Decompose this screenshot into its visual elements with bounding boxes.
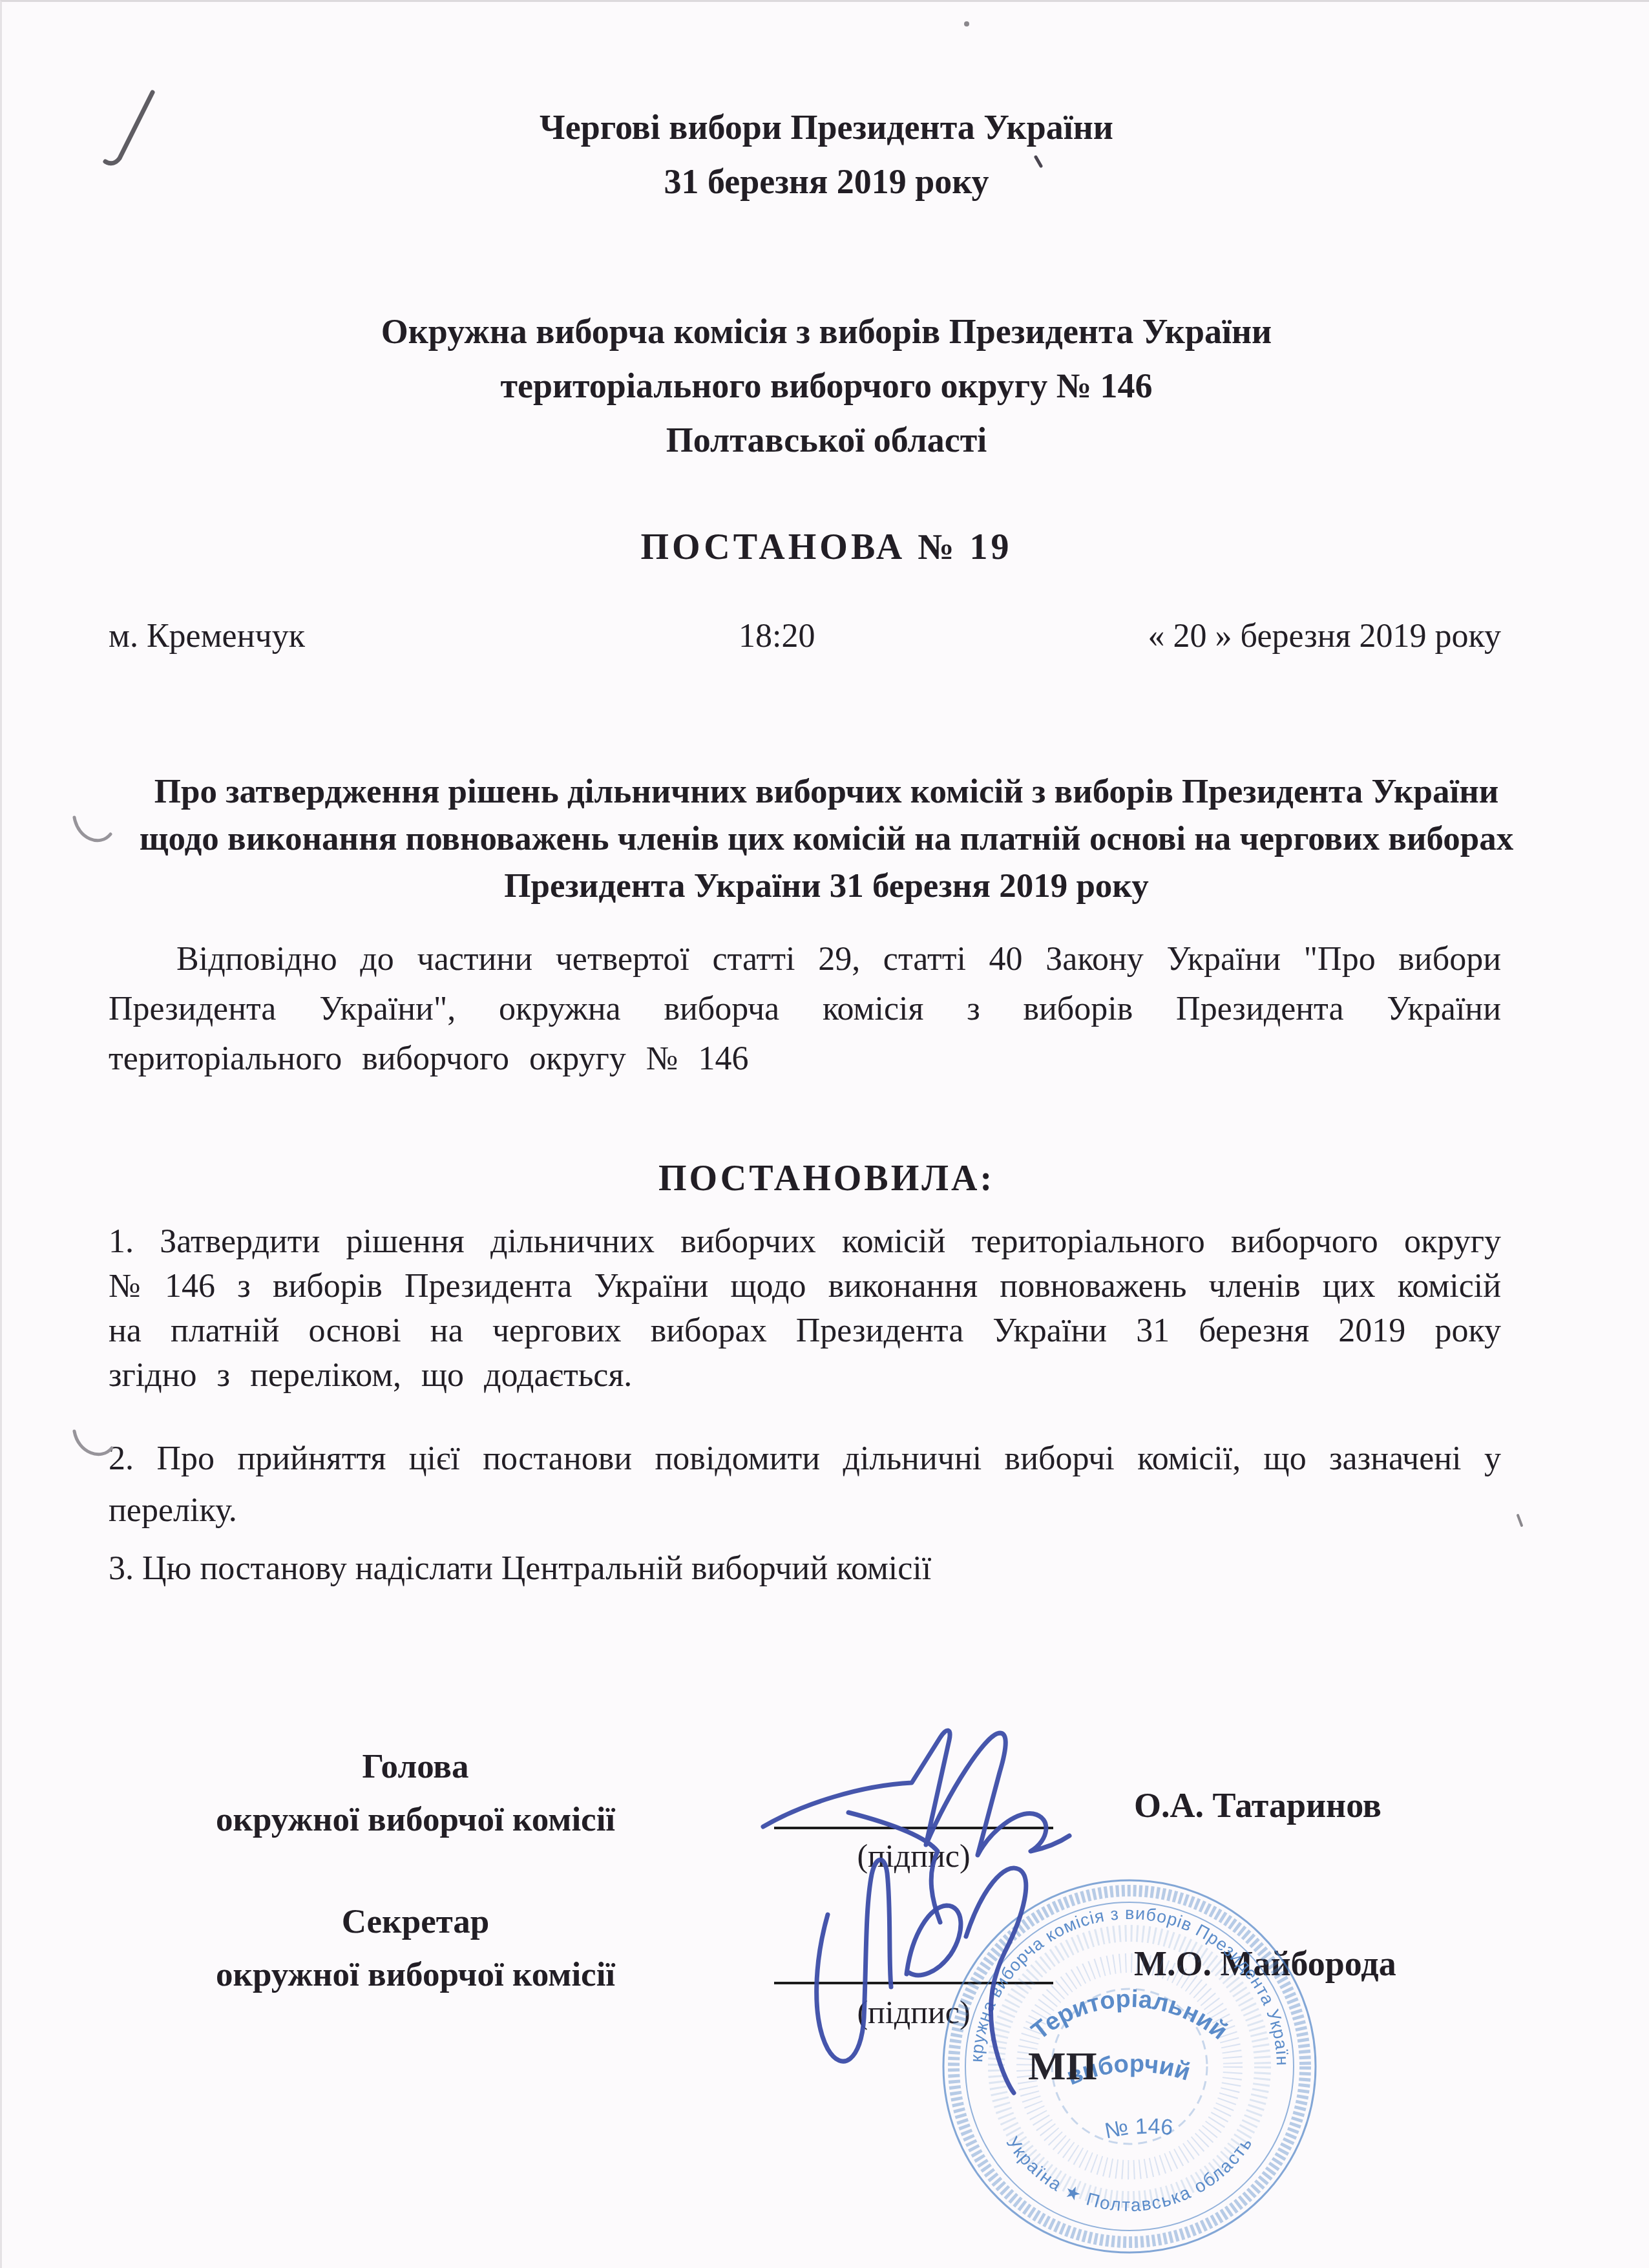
secretary-role-line-2: окружної виборчої комісії bbox=[109, 1948, 722, 2001]
document-page: Чергові вибори Президента України 31 бер… bbox=[0, 0, 1649, 2268]
document-header: Чергові вибори Президента України 31 бер… bbox=[19, 100, 1634, 209]
commission-line-3: Полтавської області bbox=[19, 413, 1634, 467]
meta-date: « 20 » березня 2019 року bbox=[1148, 617, 1501, 655]
stamp-center-line-3: № 146 bbox=[1102, 2114, 1174, 2144]
resolution-item-2: 2. Про прийняття цієї постанови повідоми… bbox=[109, 1433, 1501, 1537]
secretary-role-line-1: Секретар bbox=[109, 1895, 722, 1948]
mp-seal-placeholder-label: МП bbox=[1028, 2044, 1097, 2090]
resolution-item-3: 3. Цю постанову надіслати Центральній ви… bbox=[109, 1546, 1501, 1591]
commission-line-2: територіального виборчого округу № 146 bbox=[19, 359, 1634, 413]
subject-heading: Про затвердження рішень дільничних вибор… bbox=[131, 768, 1522, 910]
resolved-heading: ПОСТАНОВИЛА: bbox=[19, 1158, 1634, 1199]
meta-city: м. Кременчук bbox=[109, 617, 305, 655]
header-line-1: Чергові вибори Президента України bbox=[19, 100, 1634, 154]
commission-name: Окружна виборча комісія з виборів Презид… bbox=[19, 304, 1634, 467]
speck-top-center bbox=[964, 21, 969, 26]
preamble-paragraph: Відповідно до частини четвертої статті 2… bbox=[109, 934, 1501, 1084]
margin-curve-mark-2 bbox=[74, 1431, 112, 1454]
chairman-role-label: Голова окружної виборчої комісії bbox=[109, 1740, 722, 1846]
resolution-item-1: 1. Затвердити рішення дільничних виборчи… bbox=[109, 1219, 1501, 1398]
chairman-role-line-2: окружної виборчої комісії bbox=[109, 1793, 722, 1846]
chairman-name: О.А. Татаринов bbox=[1134, 1785, 1381, 1825]
chairman-signature-line bbox=[774, 1827, 1053, 1829]
chairman-signature-caption: (підпис) bbox=[774, 1837, 1053, 1874]
margin-curve-mark-1 bbox=[74, 817, 110, 841]
meta-time: 18:20 bbox=[739, 617, 815, 655]
svg-text:№ 146: № 146 bbox=[1102, 2114, 1174, 2144]
chairman-role-line-1: Голова bbox=[109, 1740, 722, 1793]
meta-row: м. Кременчук 18:20 « 20 » березня 2019 р… bbox=[109, 617, 1501, 662]
round-seal-stamp: Окружна виборча комісія з виборів Презид… bbox=[936, 1873, 1323, 2260]
stamp-ring-bottom-text: Україна ★ Полтавська область bbox=[1003, 2133, 1257, 2215]
tick-right-margin bbox=[1518, 1515, 1522, 1526]
secretary-role-label: Секретар окружної виборчої комісії bbox=[109, 1895, 722, 2001]
header-line-2: 31 березня 2019 року bbox=[19, 154, 1634, 209]
commission-line-1: Окружна виборча комісія з виборів Презид… bbox=[19, 304, 1634, 359]
svg-text:Україна ★ Полтавська область: Україна ★ Полтавська область bbox=[1003, 2133, 1257, 2215]
resolution-title: ПОСТАНОВА № 19 bbox=[19, 527, 1634, 568]
